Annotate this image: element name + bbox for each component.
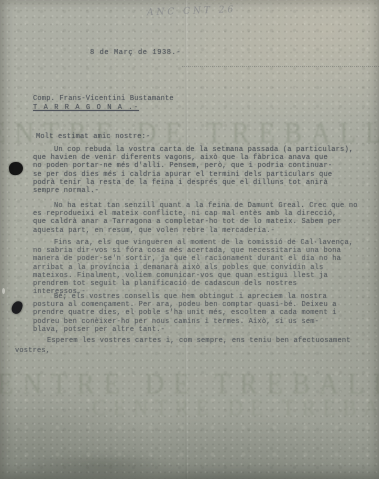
- paragraph-2: No ha estat tan senzill quant a la feina…: [33, 202, 349, 235]
- addressee-city: T A R R A G O N A .-: [33, 104, 139, 112]
- scanned-letter-page: CENTRE DE TREBALL CENTRE CENTRE DE TREBA…: [0, 0, 379, 479]
- paragraph-4: Bé; els vostres consells que hem obtingu…: [33, 293, 349, 334]
- addressee-name: Comp. Frans-Vicentini Bustamante: [33, 95, 174, 103]
- paper-speck: [2, 288, 5, 294]
- punch-hole-top: [8, 161, 24, 176]
- dotted-horizontal-crease: [182, 66, 379, 67]
- punch-hole-bottom: [10, 300, 23, 315]
- pencil-annotation: ANC CNT 26: [147, 4, 277, 19]
- salutation: Molt estimat amic nostre:-: [36, 133, 150, 141]
- closing-lines: Esperem les vostres cartes i, com sempre…: [15, 336, 355, 356]
- paragraph-1: Un cop rebuda la vostra carta de la setm…: [33, 146, 349, 195]
- bottom-smudge: [28, 452, 178, 479]
- paragraph-3: Fins ara, els que vingueren al moment de…: [33, 239, 349, 296]
- watermark-band-bottom-2: CENTRE DE TREBALL: [92, 395, 379, 422]
- watermark-band-bottom: CENTRE DE TREBALL CENTRE: [0, 368, 379, 401]
- letter-date: 8 de Març de 1938.-: [90, 49, 181, 57]
